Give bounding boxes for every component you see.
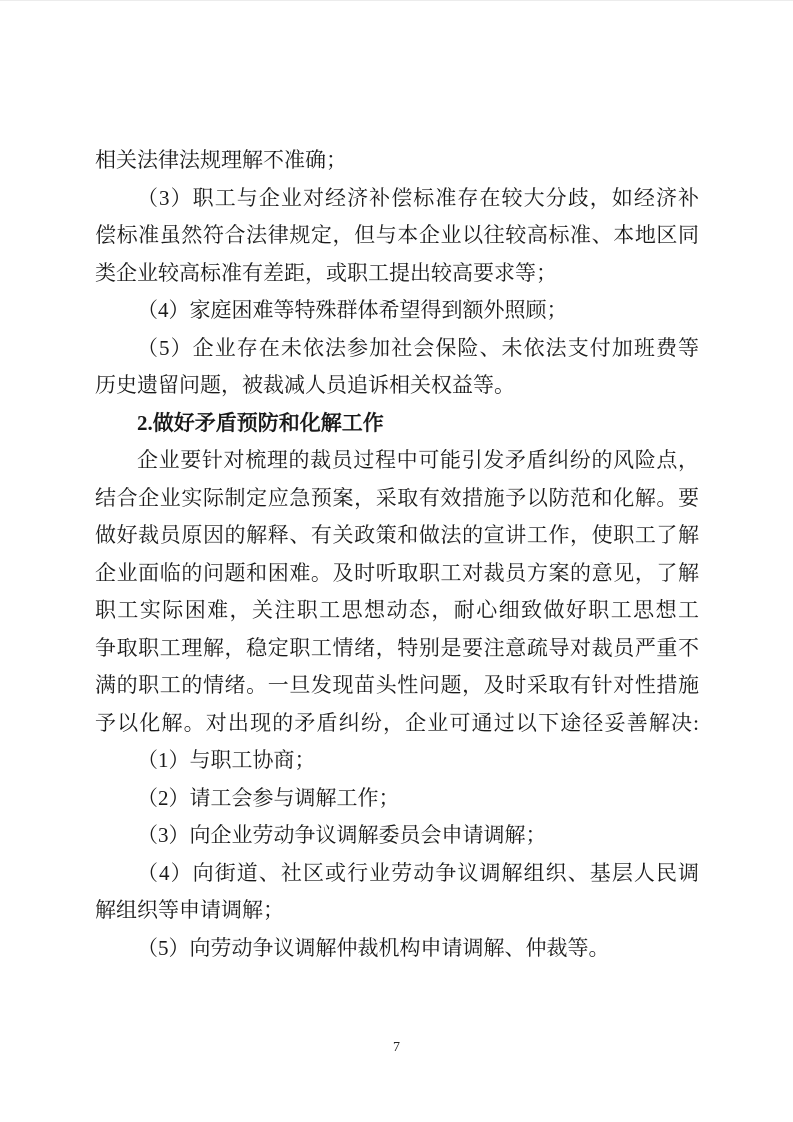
document-body: 相关法律法规理解不准确；（3）职工与企业对经济补偿标准存在较大分歧，如经济补偿标… bbox=[95, 142, 699, 967]
text-line: （4）家庭困难等特殊群体希望得到额外照顾； bbox=[95, 292, 699, 330]
text-line: 予以化解。对出现的矛盾纠纷，企业可通过以下途径妥善解决: bbox=[95, 705, 699, 743]
text-line: （2）请工会参与调解工作； bbox=[95, 780, 699, 818]
text-line: 偿标准虽然符合法律规定，但与本企业以往较高标准、本地区同 bbox=[95, 217, 699, 255]
text-line: 争取职工理解，稳定职工情绪，特别是要注意疏导对裁员严重不 bbox=[95, 630, 699, 668]
text-line: 满的职工的情绪。一旦发现苗头性问题，及时采取有针对性措施 bbox=[95, 667, 699, 705]
text-line: 相关法律法规理解不准确； bbox=[95, 142, 699, 180]
text-line: 企业面临的问题和困难。及时听取职工对裁员方案的意见，了解 bbox=[95, 555, 699, 593]
text-line: （5）向劳动争议调解仲裁机构申请调解、仲裁等。 bbox=[95, 930, 699, 968]
text-line: （3）职工与企业对经济补偿标准存在较大分歧，如经济补 bbox=[95, 180, 699, 218]
text-line: （5）企业存在未依法参加社会保险、未依法支付加班费等 bbox=[95, 330, 699, 368]
text-line: 职工实际困难，关注职工思想动态，耐心细致做好职工思想工作， bbox=[95, 592, 699, 630]
text-line: （3）向企业劳动争议调解委员会申请调解； bbox=[95, 817, 699, 855]
page-number: 7 bbox=[393, 1040, 400, 1055]
page-footer: 7 bbox=[0, 1038, 793, 1056]
text-line: 结合企业实际制定应急预案，采取有效措施予以防范和化解。要 bbox=[95, 480, 699, 518]
text-line: 做好裁员原因的解释、有关政策和做法的宣讲工作，使职工了解 bbox=[95, 517, 699, 555]
text-line: 解组织等申请调解； bbox=[95, 892, 699, 930]
section-heading: 2.做好矛盾预防和化解工作 bbox=[95, 405, 699, 443]
text-line: 历史遗留问题，被裁减人员追诉相关权益等。 bbox=[95, 367, 699, 405]
document-page: 相关法律法规理解不准确；（3）职工与企业对经济补偿标准存在较大分歧，如经济补偿标… bbox=[0, 0, 793, 1122]
text-line: （4）向街道、社区或行业劳动争议调解组织、基层人民调 bbox=[95, 855, 699, 893]
text-line: （1）与职工协商； bbox=[95, 742, 699, 780]
text-line: 类企业较高标准有差距，或职工提出较高要求等； bbox=[95, 255, 699, 293]
text-line: 企业要针对梳理的裁员过程中可能引发矛盾纠纷的风险点， bbox=[95, 442, 699, 480]
